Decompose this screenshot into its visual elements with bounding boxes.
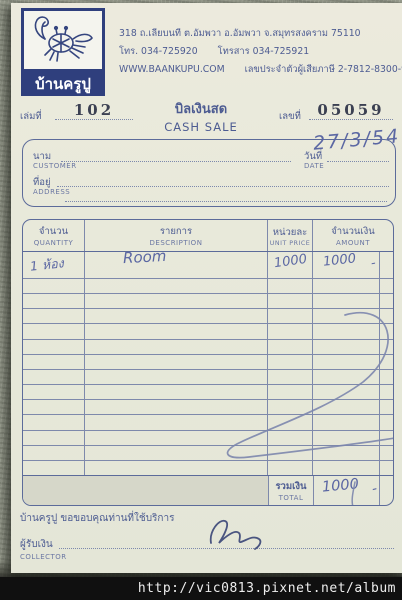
cell-description: Room: [85, 252, 268, 278]
handwritten-total-amount: 1000: [321, 476, 359, 495]
table-empty-row: [23, 370, 393, 385]
col-amount-en: AMOUNT: [336, 239, 370, 247]
handwritten-date: 27/3/54: [312, 125, 401, 155]
total-label-en: TOTAL: [279, 494, 304, 502]
crab-icon: [31, 15, 95, 65]
col-description-th: รายการ: [160, 224, 192, 239]
total-label-cell: รวมเงิน TOTAL: [269, 476, 314, 505]
col-quantity-en: QUANTITY: [34, 239, 74, 247]
tax-id: 2-7812-8300-9: [338, 64, 402, 75]
phone-fax-line: โทร. 034-725920 โทรสาร 034-725921: [119, 43, 401, 61]
shop-name: บ้านครูปู: [21, 72, 105, 96]
date-value-line: [327, 160, 389, 162]
handwritten-unit-price: 1000: [273, 252, 308, 271]
table-empty-row: [23, 340, 393, 355]
table-header-row: จำนวน QUANTITY รายการ DESCRIPTION หน่วยล…: [23, 220, 393, 252]
table-empty-row: [23, 309, 393, 324]
cell-amount: 1000 -: [313, 252, 393, 278]
cell-quantity: 1 ห้อง: [23, 252, 85, 278]
book-no-label: เล่มที่: [20, 109, 42, 124]
table-row: 1 ห้อง Room 1000 1000 -: [23, 252, 393, 279]
cell-unit-price: 1000: [268, 252, 313, 278]
table-empty-row: [23, 415, 393, 430]
handwritten-amount: 1000: [322, 251, 356, 269]
col-unitprice-en: UNIT PRICE: [270, 240, 310, 247]
customer-label-en: CUSTOMER: [33, 162, 77, 170]
receipt-paper: บ้านครูปู 318 ถ.เลียบนที ต.อัมพวา อ.อัมพ…: [11, 3, 402, 573]
thank-you-line: บ้านครูปู ขอขอบคุณท่านที่ใช้บริการ: [20, 511, 174, 526]
fax-label: โทรสาร: [218, 46, 250, 57]
address-second-line: [65, 200, 387, 202]
handwritten-quantity: 1 ห้อง: [29, 253, 65, 276]
table-empty-row: [23, 294, 393, 309]
table-empty-row: [23, 400, 393, 415]
phone-number: 034-725920: [141, 46, 198, 57]
col-header-unitprice: หน่วยละ UNIT PRICE: [268, 220, 313, 251]
address-line: 318 ถ.เลียบนที ต.อัมพวา อ.อัมพวา จ.สมุทร…: [119, 25, 401, 43]
date-label-en: DATE: [304, 162, 324, 170]
collector-label-en: COLLECTOR: [20, 553, 394, 561]
address-value-line: [57, 185, 389, 187]
collector-block: ผู้รับเงิน COLLECTOR: [20, 537, 394, 561]
table-empty-row: [23, 461, 393, 476]
website: WWW.BAANKUPU.COM: [119, 64, 225, 75]
doc-no: 05059: [309, 101, 393, 120]
table-empty-row: [23, 431, 393, 446]
col-amount-th: จำนวนเงิน: [331, 224, 375, 239]
title-thai: บิลเงินสด: [139, 98, 263, 119]
col-header-amount: จำนวนเงิน AMOUNT: [313, 220, 393, 251]
table-empty-row: [23, 324, 393, 339]
fax-number: 034-725921: [253, 46, 310, 57]
total-shaded-cell: [23, 476, 269, 505]
shop-address-block: 318 ถ.เลียบนที ต.อัมพวา อ.อัมพวา จ.สมุทร…: [119, 25, 401, 79]
title-english: CASH SALE: [139, 120, 263, 134]
table-empty-row: [23, 385, 393, 400]
phone-label: โทร.: [119, 46, 138, 57]
table-empty-row: [23, 355, 393, 370]
shop-logo: บ้านครูปู: [21, 8, 105, 96]
watermark-url: http://vic0813.pixnet.net/album: [138, 581, 402, 596]
watermark-bar: http://vic0813.pixnet.net/album: [0, 577, 402, 600]
customer-value-line: [61, 160, 291, 162]
bill-table: จำนวน QUANTITY รายการ DESCRIPTION หน่วยล…: [22, 219, 394, 506]
table-empty-row: [23, 279, 393, 294]
total-label-th: รวมเงิน: [275, 479, 306, 494]
col-header-description: รายการ DESCRIPTION: [85, 220, 268, 251]
collector-label-th: ผู้รับเงิน: [20, 537, 53, 552]
table-empty-row: [23, 446, 393, 461]
book-no: 102: [55, 101, 133, 120]
tax-id-label: เลขประจำตัวผู้เสียภาษี: [245, 64, 335, 75]
website-tax-line: WWW.BAANKUPU.COM เลขประจำตัวผู้เสียภาษี …: [119, 61, 401, 79]
empty-rows: [23, 279, 393, 476]
total-amount-cell: 1000 -: [314, 476, 393, 505]
logo-frame: [21, 8, 105, 72]
col-description-en: DESCRIPTION: [150, 239, 203, 247]
address-label-en: ADDRESS: [33, 188, 70, 196]
collector-signature: [205, 513, 269, 551]
customer-box: นาม CUSTOMER วันที่ DATE ที่อยู่ ADDRESS…: [22, 139, 396, 207]
col-header-quantity: จำนวน QUANTITY: [23, 220, 85, 251]
doc-no-label: เลขที่: [279, 109, 301, 124]
col-unitprice-th: หน่วยละ: [273, 225, 308, 240]
col-quantity-th: จำนวน: [39, 224, 68, 239]
document-title: บิลเงินสด CASH SALE: [139, 98, 263, 134]
total-row: รวมเงิน TOTAL 1000 -: [23, 476, 393, 505]
